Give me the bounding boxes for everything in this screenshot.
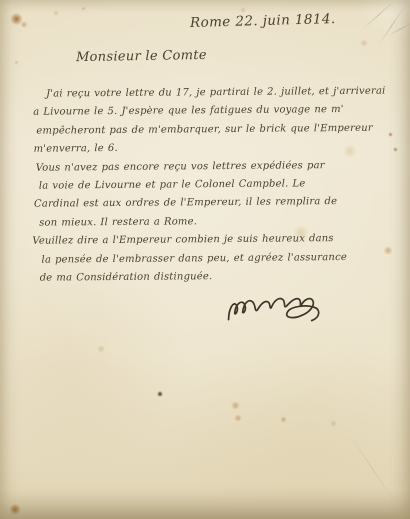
letter-line: empêcheront pas de m'embarquer, sur le b… xyxy=(36,119,410,141)
foxing-spot xyxy=(97,345,105,353)
foxing-spot xyxy=(10,13,23,25)
foxing-spot xyxy=(280,416,287,423)
foxing-spot xyxy=(9,504,21,515)
foxing-spot xyxy=(231,401,240,410)
letter-dateline: Rome 22. juin 1814. xyxy=(190,11,336,31)
letter-salutation: Monsieur le Comte xyxy=(76,48,207,65)
letter-body: J'ai reçu votre lettre du 17, je partira… xyxy=(0,82,410,288)
foxing-spot xyxy=(330,420,337,427)
foxing-spot xyxy=(157,391,163,397)
foxing-spot xyxy=(14,60,19,65)
letter-line: de ma Considération distinguée. xyxy=(40,266,410,288)
letter-line: J'ai reçu votre lettre du 17, je partira… xyxy=(46,82,410,104)
foxing-spot xyxy=(20,21,28,28)
foxing-spot xyxy=(81,6,86,11)
paper-crease xyxy=(350,436,394,501)
foxing-spot xyxy=(53,10,59,16)
letter-photograph: Rome 22. juin 1814. Monsieur le Comte J'… xyxy=(0,0,410,519)
foxing-spot xyxy=(234,414,242,422)
foxing-spot xyxy=(240,7,246,13)
